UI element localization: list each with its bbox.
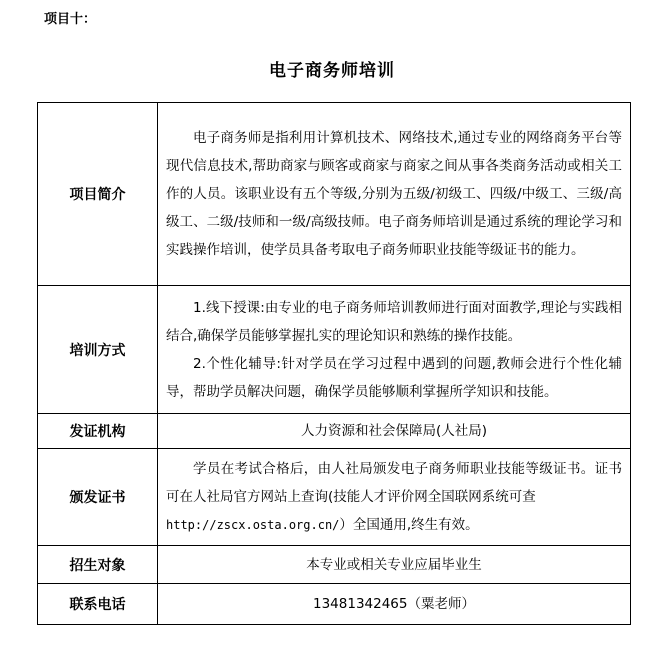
project-number-label: 项目十：	[44, 8, 96, 27]
method-paragraph-2: 2.个性化辅导:针对学员在学习过程中遇到的问题,教师会进行个性化辅导，帮助学员解…	[166, 350, 622, 406]
table-row-training-method: 培训方式 1.线下授课:由专业的电子商务师培训教师进行面对面教学,理论与实践相结…	[38, 286, 631, 414]
row-label: 培训方式	[38, 286, 158, 414]
table-row-target: 招生对象 本专业或相关专业应届毕业生	[38, 546, 631, 584]
table-row-issuer: 发证机构 人力资源和社会保障局(人社局)	[38, 414, 631, 449]
issuer-value: 人力资源和社会保障局(人社局)	[158, 414, 631, 449]
table-row-certificate: 颁发证书 学员在考试合格后，由人社局颁发电子商务师职业技能等级证书。证书可在人社…	[38, 449, 631, 546]
method-paragraph-1: 1.线下授课:由专业的电子商务师培训教师进行面对面教学,理论与实践相结合,确保学…	[166, 294, 622, 350]
target-value: 本专业或相关专业应届毕业生	[158, 546, 631, 584]
training-method-content: 1.线下授课:由专业的电子商务师培训教师进行面对面教学,理论与实践相结合,确保学…	[158, 286, 631, 414]
contact-phone-value: 13481342465（粟老师）	[158, 584, 631, 625]
row-label: 招生对象	[38, 546, 158, 584]
row-label: 颁发证书	[38, 449, 158, 546]
certificate-suffix: ）全国通用,终生有效。	[339, 517, 478, 533]
table-row-contact: 联系电话 13481342465（粟老师）	[38, 584, 631, 625]
training-info-table: 项目简介 电子商务师是指利用计算机技术、网络技术,通过专业的网络商务平台等现代信…	[37, 102, 631, 625]
query-url-link[interactable]: http://zscx.osta.org.cn/	[166, 518, 339, 532]
certificate-content: 学员在考试合格后，由人社局颁发电子商务师职业技能等级证书。证书可在人社局官方网站…	[158, 449, 631, 546]
certificate-text: 学员在考试合格后，由人社局颁发电子商务师职业技能等级证书。证书可在人社局官方网站…	[166, 461, 622, 505]
intro-paragraph: 电子商务师是指利用计算机技术、网络技术,通过专业的网络商务平台等现代信息技术,帮…	[166, 124, 622, 264]
row-label: 发证机构	[38, 414, 158, 449]
document-title: 电子商务师培训	[0, 56, 664, 81]
row-label: 联系电话	[38, 584, 158, 625]
row-label: 项目简介	[38, 103, 158, 286]
table-row-intro: 项目简介 电子商务师是指利用计算机技术、网络技术,通过专业的网络商务平台等现代信…	[38, 103, 631, 286]
intro-content: 电子商务师是指利用计算机技术、网络技术,通过专业的网络商务平台等现代信息技术,帮…	[158, 103, 631, 286]
